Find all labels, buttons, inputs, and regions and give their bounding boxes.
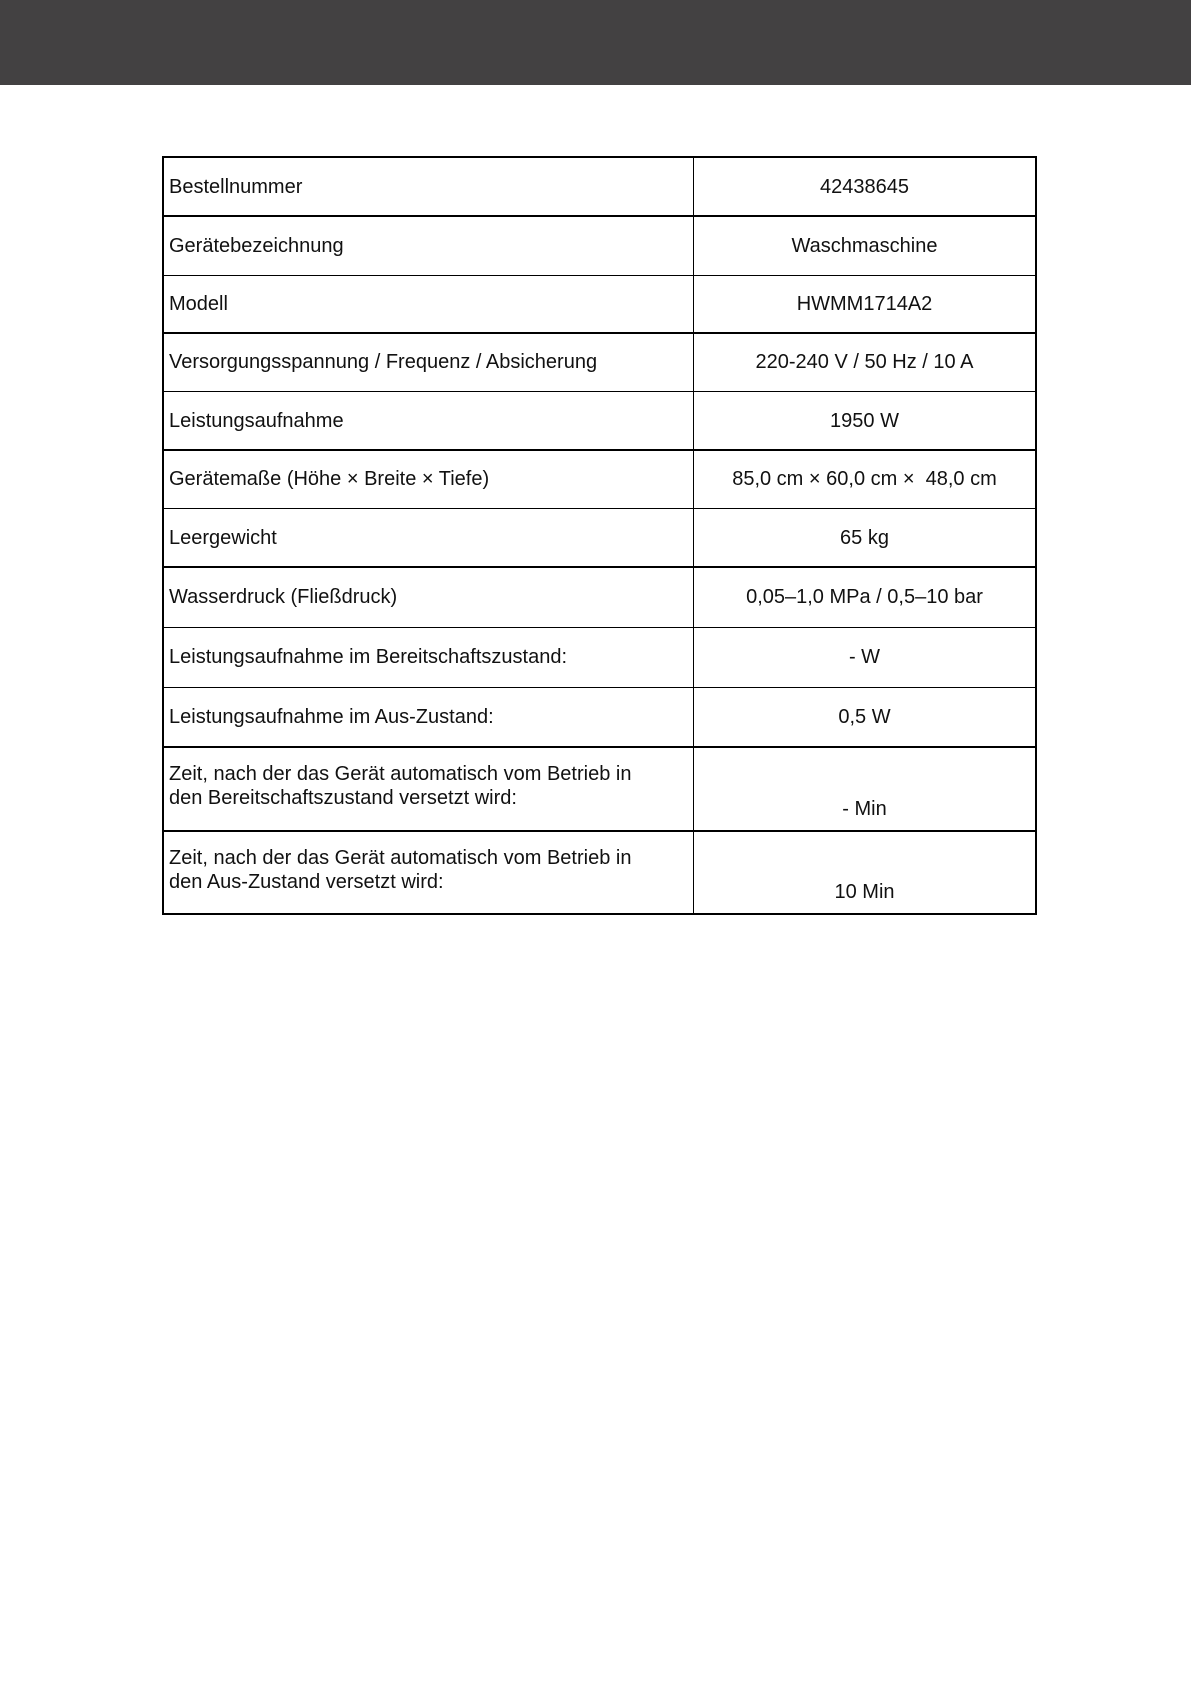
page-header-bar [0,0,1191,85]
spec-label-line: den Bereitschaftszustand versetzt wird: [169,786,631,810]
spec-value-text: 220-240 V / 50 Hz / 10 A [756,350,974,374]
spec-value: 1950 W [693,391,1036,450]
spec-value-text: 0,5 W [838,705,890,729]
table-row: Wasserdruck (Fließdruck)0,05–1,0 MPa / 0… [163,567,1036,627]
spec-value-text: 42438645 [820,175,909,199]
spec-value: 0,5 W [693,687,1036,747]
spec-value-text: HWMM1714A2 [797,292,933,316]
spec-value-text: 65 kg [840,526,889,550]
table-row-divider [163,215,1036,217]
spec-label: Modell [163,275,693,333]
table-row: Zeit, nach der das Gerät automatisch vom… [163,747,1036,831]
spec-label-line: Zeit, nach der das Gerät automatisch vom… [169,762,631,786]
spec-label: Leistungsaufnahme im Aus-Zustand: [163,687,693,747]
spec-value-text: - W [849,645,880,669]
table-row: Leistungsaufnahme im Aus-Zustand:0,5 W [163,687,1036,747]
spec-label-text: Gerätebezeichnung [169,234,344,258]
spec-value: - W [693,627,1036,687]
spec-value-text: - Min [842,797,886,821]
spec-value: 42438645 [693,157,1036,216]
spec-label-line: Zeit, nach der das Gerät automatisch vom… [169,846,631,870]
table-row: Leergewicht65 kg [163,508,1036,567]
spec-label: Leistungsaufnahme [163,391,693,450]
spec-label: Gerätemaße (Höhe × Breite × Tiefe) [163,450,693,508]
table-row: Versorgungsspannung / Frequenz / Absiche… [163,333,1036,391]
table-row-divider [163,913,1036,915]
spec-label-text: Leistungsaufnahme im Aus-Zustand: [169,705,494,729]
spec-label-text: Leergewicht [169,526,277,550]
table-row-divider [163,508,1036,509]
spec-value: 220-240 V / 50 Hz / 10 A [693,333,1036,391]
spec-label: Versorgungsspannung / Frequenz / Absiche… [163,333,693,391]
spec-label: Zeit, nach der das Gerät automatisch vom… [163,747,693,831]
spec-value-text: 85,0 cm × 60,0 cm × 48,0 cm [732,467,997,491]
table-row-divider [163,746,1036,748]
table-row-divider [163,627,1036,628]
spec-label-line: den Aus-Zustand versetzt wird: [169,870,631,894]
spec-value: 65 kg [693,508,1036,567]
table-row: Bestellnummer42438645 [163,157,1036,216]
spec-value-text: 10 Min [834,880,894,904]
spec-label-text: Versorgungsspannung / Frequenz / Absiche… [169,350,597,374]
spec-value: HWMM1714A2 [693,275,1036,333]
table-row: Leistungsaufnahme im Bereitschaftszustan… [163,627,1036,687]
table-column-divider [693,156,694,915]
table-row: Zeit, nach der das Gerät automatisch vom… [163,831,1036,914]
spec-value-text: 1950 W [830,409,899,433]
table-row-divider [163,687,1036,688]
spec-label: Leergewicht [163,508,693,567]
table-row: Leistungsaufnahme1950 W [163,391,1036,450]
spec-label: Zeit, nach der das Gerät automatisch vom… [163,831,693,914]
spec-value-text: Waschmaschine [792,234,938,258]
spec-label: Gerätebezeichnung [163,216,693,275]
table-border [162,156,164,915]
spec-value: 10 Min [693,831,1036,914]
spec-label-text: Leistungsaufnahme im Bereitschaftszustan… [169,645,567,669]
table-row-divider [163,391,1036,392]
table-row: GerätebezeichnungWaschmaschine [163,216,1036,275]
spec-value-text: 0,05–1,0 MPa / 0,5–10 bar [746,585,983,609]
spec-value: - Min [693,747,1036,831]
spec-label-text: Bestellnummer [169,175,302,199]
spec-label-text: Modell [169,292,228,316]
table-row: Gerätemaße (Höhe × Breite × Tiefe)85,0 c… [163,450,1036,508]
spec-label: Leistungsaufnahme im Bereitschaftszustan… [163,627,693,687]
table-row-divider [163,275,1036,276]
table-row-divider [163,332,1036,334]
spec-label-text: Gerätemaße (Höhe × Breite × Tiefe) [169,467,489,491]
table-row-divider [163,449,1036,451]
spec-value: Waschmaschine [693,216,1036,275]
table-row: ModellHWMM1714A2 [163,275,1036,333]
spec-label: Bestellnummer [163,157,693,216]
spec-label-text: Leistungsaufnahme [169,409,344,433]
spec-label-text: Wasserdruck (Fließdruck) [169,585,397,609]
table-row-divider [163,156,1036,158]
table-border [1035,156,1037,915]
table-row-divider [163,830,1036,832]
spec-value: 0,05–1,0 MPa / 0,5–10 bar [693,567,1036,627]
table-row-divider [163,566,1036,568]
spec-value: 85,0 cm × 60,0 cm × 48,0 cm [693,450,1036,508]
spec-label: Wasserdruck (Fließdruck) [163,567,693,627]
